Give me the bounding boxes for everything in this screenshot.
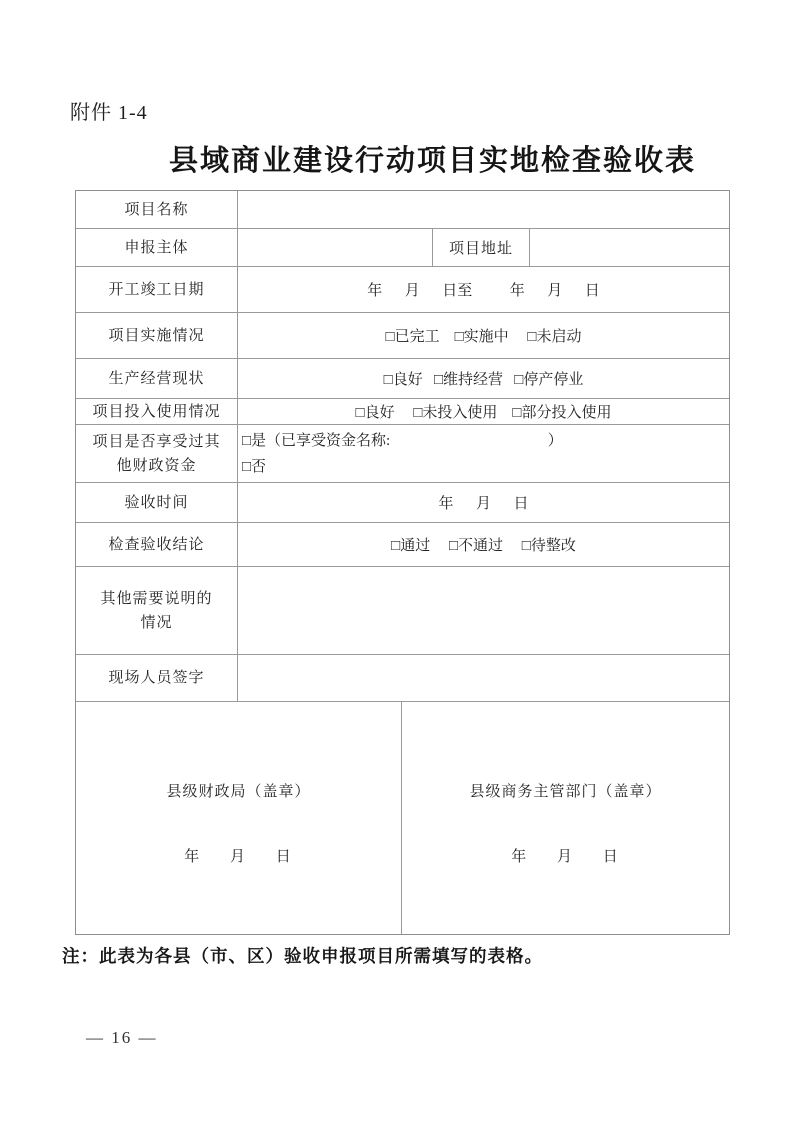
row-label: 开工竣工日期 xyxy=(76,267,238,312)
row-value-checkbox-options: □是（已享受资金名称: ） □否 xyxy=(238,425,729,482)
funding-no-option: □否 xyxy=(242,455,266,481)
row-label: 申报主体 xyxy=(76,229,238,266)
row-value-checkbox-options: □良好 □维持经营 □停产停业 xyxy=(238,359,729,398)
footnote: 注：此表为各县（市、区）验收申报项目所需填写的表格。 xyxy=(62,943,543,968)
sub-label-project-address: 项目地址 xyxy=(432,229,530,266)
inspection-table: 项目名称 申报主体 项目地址 开工竣工日期 年 月 日至 年 月 日 项目实施情… xyxy=(75,190,730,935)
table-row-other-funding: 项目是否享受过其 他财政资金 □是（已享受资金名称: ） □否 xyxy=(76,425,729,483)
row-value-blank xyxy=(238,191,729,228)
row-label: 检查验收结论 xyxy=(76,523,238,566)
commerce-department-stamp-label: 县级商务主管部门（盖章） xyxy=(469,780,661,801)
document-page: 附件 1-4 县域商业建设行动项目实地检查验收表 项目名称 申报主体 项目地址 … xyxy=(0,0,793,1122)
row-label: 现场人员签字 xyxy=(76,655,238,701)
row-label: 验收时间 xyxy=(76,483,238,522)
row-value-date: 年 月 日 xyxy=(238,483,729,522)
row-label: 其他需要说明的 情况 xyxy=(76,567,238,654)
table-row-operation-status: 生产经营现状 □良好 □维持经营 □停产停业 xyxy=(76,359,729,399)
table-row-acceptance-time: 验收时间 年 月 日 xyxy=(76,483,729,523)
table-row-implementation-status: 项目实施情况 □已完工 □实施中 □未启动 xyxy=(76,313,729,359)
table-row-project-name: 项目名称 xyxy=(76,191,729,229)
commerce-department-stamp-cell: 县级商务主管部门（盖章） 年 月 日 xyxy=(402,702,729,934)
row-label: 项目名称 xyxy=(76,191,238,228)
commerce-department-date-line: 年 月 日 xyxy=(511,845,620,866)
row-label-line2: 情况 xyxy=(140,611,172,635)
row-label: 项目是否享受过其 他财政资金 xyxy=(76,425,238,482)
table-row-stamp-section: 县级财政局（盖章） 年 月 日 县级商务主管部门（盖章） 年 月 日 xyxy=(76,702,729,934)
row-value-blank xyxy=(238,229,432,266)
sub-value-blank xyxy=(530,229,729,266)
row-value-checkbox-options: □通过 □不通过 □待整改 xyxy=(238,523,729,566)
row-value-blank xyxy=(238,655,729,701)
row-label: 项目实施情况 xyxy=(76,313,238,358)
page-number: — 16 — xyxy=(86,1028,158,1048)
table-row-start-end-date: 开工竣工日期 年 月 日至 年 月 日 xyxy=(76,267,729,313)
form-title: 县域商业建设行动项目实地检查验收表 xyxy=(0,138,793,179)
row-label: 项目投入使用情况 xyxy=(76,399,238,424)
row-value-date-range: 年 月 日至 年 月 日 xyxy=(238,267,729,312)
row-label-line2: 他财政资金 xyxy=(116,454,196,478)
row-label: 生产经营现状 xyxy=(76,359,238,398)
finance-bureau-stamp-label: 县级财政局（盖章） xyxy=(166,780,310,801)
funding-yes-option: □是（已享受资金名称: ） xyxy=(242,429,563,455)
row-value-blank xyxy=(238,567,729,654)
finance-bureau-stamp-cell: 县级财政局（盖章） 年 月 日 xyxy=(76,702,402,934)
row-value-checkbox-options: □良好 □未投入使用 □部分投入使用 xyxy=(238,399,729,424)
row-label-line1: 项目是否享受过其 xyxy=(92,430,220,454)
row-value-checkbox-options: □已完工 □实施中 □未启动 xyxy=(238,313,729,358)
table-row-onsite-signature: 现场人员签字 xyxy=(76,655,729,702)
table-row-acceptance-conclusion: 检查验收结论 □通过 □不通过 □待整改 xyxy=(76,523,729,567)
table-row-applicant: 申报主体 项目地址 xyxy=(76,229,729,267)
attachment-label: 附件 1-4 xyxy=(70,96,148,125)
table-row-usage-status: 项目投入使用情况 □良好 □未投入使用 □部分投入使用 xyxy=(76,399,729,425)
table-row-other-remarks: 其他需要说明的 情况 xyxy=(76,567,729,655)
row-label-line1: 其他需要说明的 xyxy=(100,587,212,611)
finance-bureau-date-line: 年 月 日 xyxy=(184,845,293,866)
